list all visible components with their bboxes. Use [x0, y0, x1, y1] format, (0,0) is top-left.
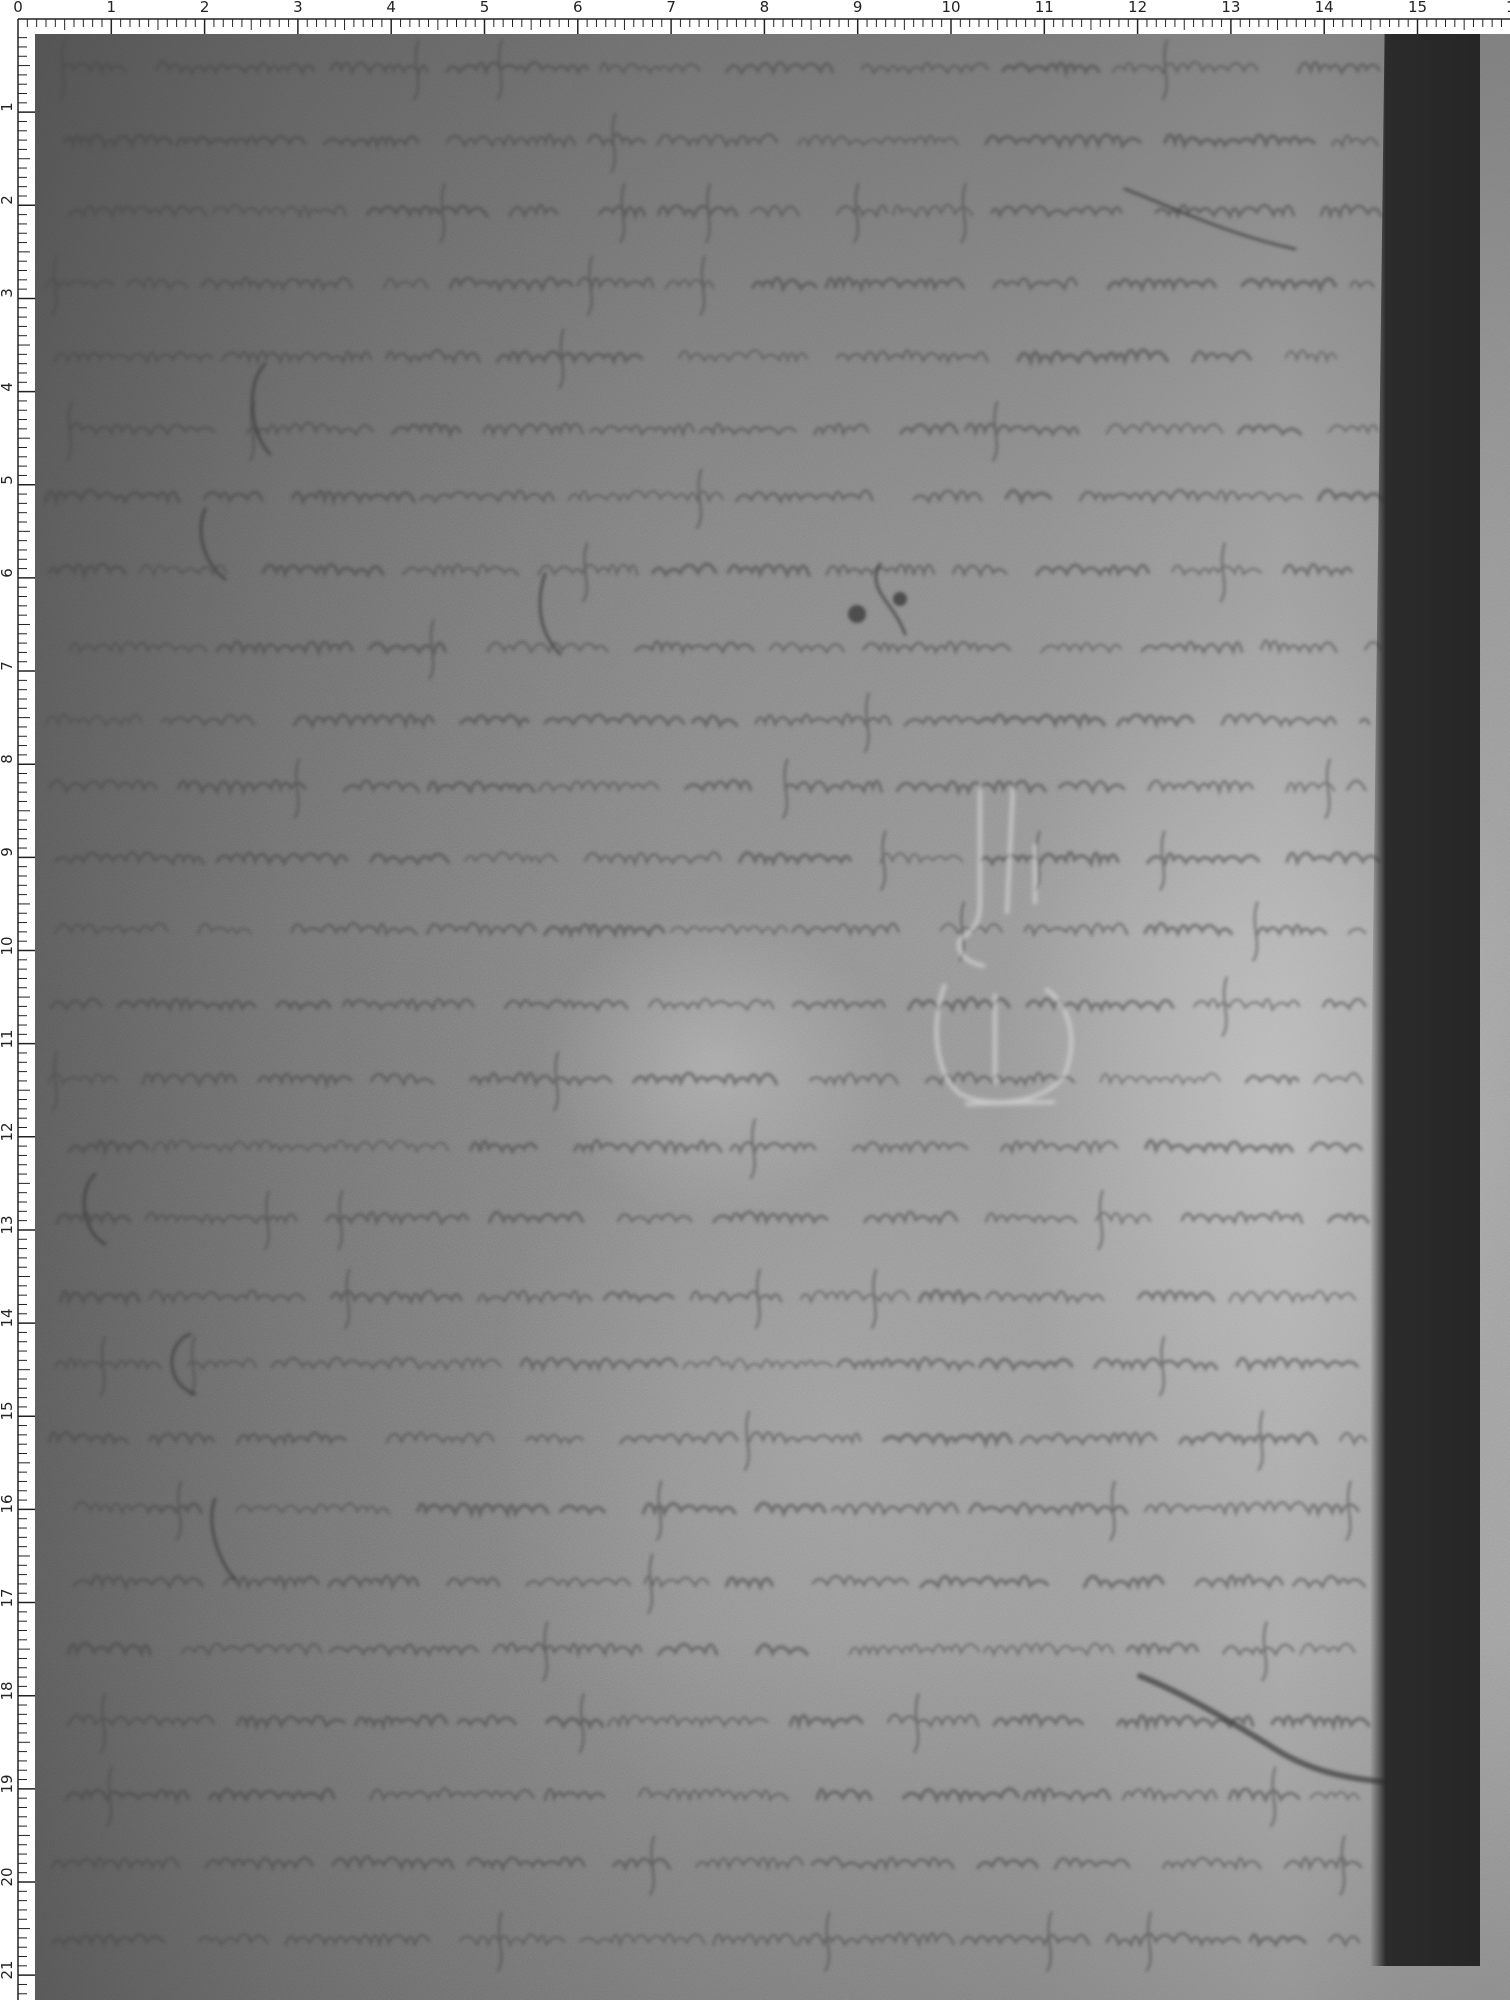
manuscript-scan-image: [35, 34, 1510, 2000]
top-ruler-label: 14: [1315, 0, 1334, 16]
left-ruler-label: 14: [0, 1307, 14, 1329]
left-ruler-label: 4: [0, 376, 14, 398]
left-ruler-label: 16: [0, 1493, 14, 1515]
top-ruler-label: 1: [1506, 0, 1510, 16]
top-ruler-label: 4: [386, 0, 396, 16]
left-ruler-label: 19: [0, 1773, 14, 1795]
top-ruler-label: 10: [941, 0, 960, 16]
left-ruler-label: 20: [0, 1866, 14, 1888]
left-ruler-label: 5: [0, 469, 14, 491]
left-ruler-label: 2: [0, 189, 14, 211]
left-ruler-label: 9: [0, 841, 14, 863]
top-ruler-label: 8: [760, 0, 770, 16]
top-ruler-label: 6: [573, 0, 583, 16]
scanner-background-edge: [1370, 0, 1480, 1966]
top-ruler-label: 0: [13, 0, 23, 16]
left-ruler-label: 21: [0, 1959, 14, 1981]
left-ruler-label: 13: [0, 1214, 14, 1236]
left-ruler-label: 6: [0, 562, 14, 584]
left-ruler-label: 8: [0, 748, 14, 770]
top-ruler-label: 5: [480, 0, 490, 16]
left-ruler-label: 3: [0, 282, 14, 304]
top-ruler: 01234567891011121314151: [0, 0, 1510, 34]
left-ruler-label: 15: [0, 1400, 14, 1422]
left-ruler-label: 1: [0, 96, 14, 118]
paper-watermark: [35, 34, 1510, 2000]
top-ruler-label: 15: [1408, 0, 1427, 16]
left-ruler-label: 11: [0, 1028, 14, 1050]
top-ruler-label: 12: [1128, 0, 1147, 16]
top-ruler-label: 11: [1035, 0, 1054, 16]
top-ruler-label: 13: [1221, 0, 1240, 16]
left-ruler-label: 10: [0, 935, 14, 957]
left-ruler-label: 12: [0, 1121, 14, 1143]
left-ruler: 123456789101112131415161718192021: [0, 0, 35, 2000]
left-ruler-label: 17: [0, 1587, 14, 1609]
left-ruler-label: 7: [0, 655, 14, 677]
top-ruler-label: 1: [107, 0, 117, 16]
top-ruler-label: 2: [200, 0, 210, 16]
top-ruler-label: 9: [853, 0, 863, 16]
top-ruler-ticks: [0, 0, 1510, 34]
left-ruler-label: 18: [0, 1680, 14, 1702]
top-ruler-label: 7: [666, 0, 676, 16]
top-ruler-label: 3: [293, 0, 303, 16]
